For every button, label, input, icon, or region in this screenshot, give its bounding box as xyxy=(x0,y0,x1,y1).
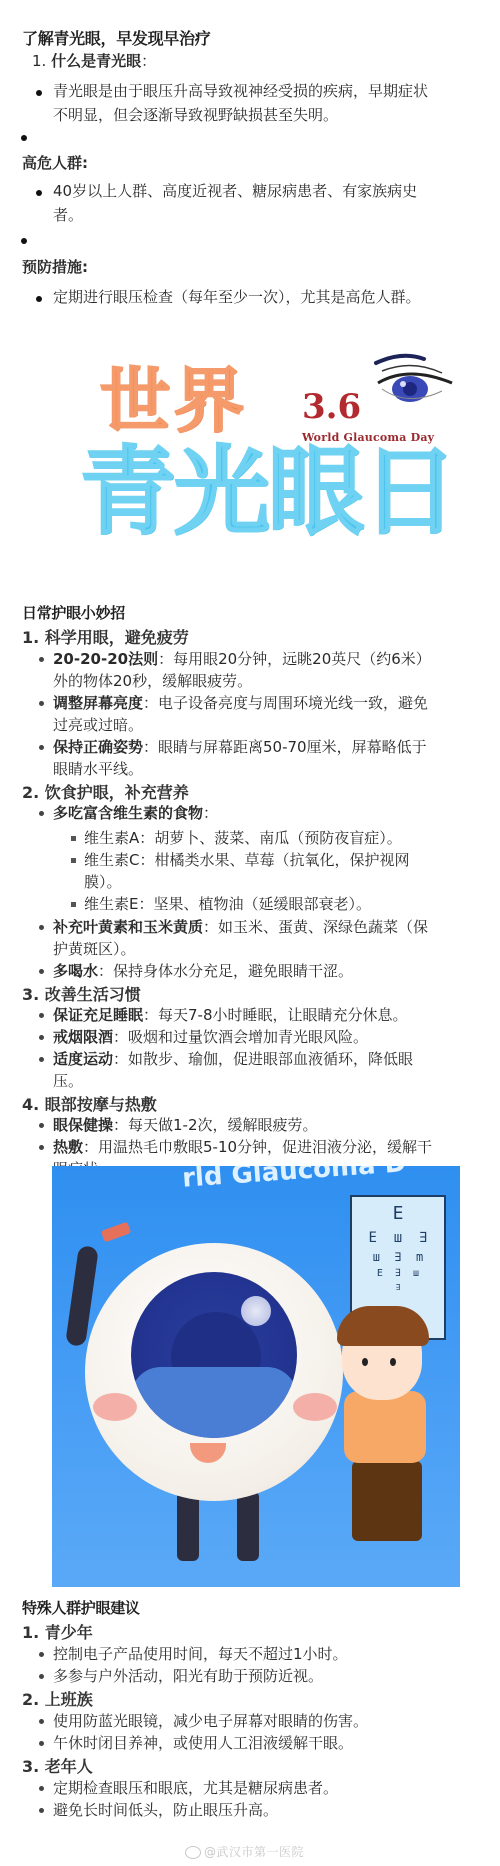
eye-drop-bottle-icon xyxy=(101,1222,131,1243)
intro-item-1: 1. 什么是青光眼： xyxy=(32,50,156,72)
section-4-heading: 4. 眼部按摩与热敷 xyxy=(22,1092,157,1115)
group-item: 使用防蓝光眼镜，减少电子屏幕对眼睛的伤害。 xyxy=(53,1710,368,1732)
square-bullet xyxy=(71,836,76,841)
tip-drink-water: 多喝水：保持身体水分充足，避免眼睛干涩。 xyxy=(53,960,353,982)
mascot-leg xyxy=(177,1491,199,1561)
group-1-heading: 1. 青少年 xyxy=(22,1620,93,1643)
bullet-dot xyxy=(39,701,44,706)
tip-screen-brightness: 调整屏幕亮度：电子设备亮度与周围环境光线一致，避免 xyxy=(53,692,428,714)
high-risk-heading: 高危人群: xyxy=(22,152,88,174)
bullet-dot xyxy=(39,1652,44,1657)
tip-posture: 保持正确姿势：眼睛与屏幕距离50-70厘米，屏幕略低于 xyxy=(53,736,427,758)
weibo-icon xyxy=(185,1846,201,1859)
banner-title-glaucoma-day: 青光眼日 xyxy=(80,437,456,547)
mascot-cheek xyxy=(93,1393,137,1421)
mascot-iris xyxy=(131,1272,297,1438)
mascot-iris-lower xyxy=(131,1367,297,1438)
tip-text: ：电子设备亮度与周围环境光线一致，避免 xyxy=(143,694,428,712)
section-heading-text: 科学用眼，避免疲劳 xyxy=(45,628,189,647)
empty-bullet-dot xyxy=(21,238,27,244)
item-colon: ： xyxy=(141,52,156,70)
tip-text: ：保持身体水分充足，避免眼睛干涩。 xyxy=(98,962,353,980)
daily-tips-title: 日常护眼小妙招 xyxy=(22,602,125,623)
section-number: 1. xyxy=(22,628,39,647)
vitamin-c-continuation: 膜）。 xyxy=(84,871,122,893)
special-groups-title: 特殊人群护眼建议 xyxy=(22,1597,140,1618)
tip-continuation: 压。 xyxy=(53,1070,83,1092)
tip-exercise: 适度运动：如散步、瑜伽，促进眼部血液循环，降低眼 xyxy=(53,1048,413,1070)
group-item: 多参与户外活动，阳光有助于预防近视。 xyxy=(53,1665,323,1687)
tip-label: 多喝水 xyxy=(53,962,98,980)
tip-text: ：如玉米、蛋黄、深绿色蔬菜（保 xyxy=(203,918,428,936)
banner-title-world: 世界 xyxy=(100,345,248,446)
group-item: 午休时闭目养神，或使用人工泪液缓解干眼。 xyxy=(53,1732,353,1754)
vitamin-a: 维生素A：胡萝卜、菠菜、南瓜（预防夜盲症）。 xyxy=(84,827,402,849)
bullet-dot xyxy=(36,190,42,196)
tip-sleep: 保证充足睡眠：每天7-8小时睡眠，让眼睛充分休息。 xyxy=(53,1004,408,1026)
section-3-heading: 3. 改善生活习惯 xyxy=(22,982,141,1005)
eyeball-mascot-illustration: rld Glaucoma D E E ш ∃ ш ∃ m E ∃ ш ∃ xyxy=(52,1166,460,1587)
tip-text: ：如散步、瑜伽，促进眼部血液循环，降低眼 xyxy=(113,1050,413,1068)
intro-title: 了解青光眼，早发现早治疗 xyxy=(22,26,210,49)
tip-label: 保证充足睡眠 xyxy=(53,1006,143,1024)
tip-label: 20-20-20法则 xyxy=(53,650,158,668)
watermark: @武汉市第一医院 xyxy=(185,1843,304,1860)
group-2-heading: 2. 上班族 xyxy=(22,1687,93,1710)
tip-text: ：用温热毛巾敷眼5-10分钟，促进泪液分泌，缓解干 xyxy=(83,1138,432,1156)
group-number: 2. xyxy=(22,1690,39,1709)
tip-lutein: 补充叶黄素和玉米黄质：如玉米、蛋黄、深绿色蔬菜（保 xyxy=(53,916,428,938)
tip-label: 补充叶黄素和玉米黄质 xyxy=(53,918,203,936)
section-heading-text: 饮食护眼，补充营养 xyxy=(45,783,189,802)
bullet-dot xyxy=(39,1719,44,1724)
group-3-heading: 3. 老年人 xyxy=(22,1754,93,1777)
bullet-dot xyxy=(39,1808,44,1813)
definition-line-1: 青光眼是由于眼压升高导致视神经受损的疾病，早期症状 xyxy=(53,80,428,102)
tip-label: 调整屏幕亮度 xyxy=(53,694,143,712)
tip-label: 戒烟限酒 xyxy=(53,1028,113,1046)
group-item: 控制电子产品使用时间，每天不超过1小时。 xyxy=(53,1643,348,1665)
bullet-dot xyxy=(39,745,44,750)
illustration-top-text: rld Glaucoma D xyxy=(181,1166,407,1194)
world-glaucoma-day-banner: 世界 3.6 World Glaucoma Day 青光眼日 xyxy=(80,345,470,560)
section-2-heading: 2. 饮食护眼，补充营养 xyxy=(22,780,189,803)
bullet-dot xyxy=(39,1035,44,1040)
group-heading-text: 老年人 xyxy=(45,1757,93,1776)
tip-hot-compress: 热敷：用温热毛巾敷眼5-10分钟，促进泪液分泌，缓解干 xyxy=(53,1136,432,1158)
bullet-dot xyxy=(39,1057,44,1062)
banner-date: 3.6 xyxy=(302,387,361,427)
tip-text: ：每天做1-2次，缓解眼疲劳。 xyxy=(113,1116,318,1134)
mascot-eye-glint xyxy=(241,1296,271,1326)
section-1-heading: 1. 科学用眼，避免疲劳 xyxy=(22,625,189,648)
bullet-dot xyxy=(39,1145,44,1150)
eye-chart-row: E xyxy=(352,1203,444,1224)
square-bullet xyxy=(71,858,76,863)
eye-chart-row: ш ∃ m xyxy=(352,1250,444,1264)
square-bullet xyxy=(71,902,76,907)
section-heading-text: 眼部按摩与热敷 xyxy=(45,1095,157,1114)
vitamin-c: 维生素C：柑橘类水果、草莓（抗氧化，保护视网 xyxy=(84,849,409,871)
mascot-mouth xyxy=(190,1443,226,1463)
definition-line-2: 不明显，但会逐渐导致视野缺损甚至失明。 xyxy=(53,104,338,126)
eye-icon xyxy=(372,349,462,409)
empty-bullet-dot xyxy=(21,135,27,141)
bullet-dot xyxy=(39,1674,44,1679)
eyeball-mascot xyxy=(85,1243,343,1501)
tip-20-20-20: 20-20-20法则：每用眼20分钟，远眺20英尺（约6米） xyxy=(53,648,431,670)
section-number: 4. xyxy=(22,1095,39,1114)
tip-label: 保持正确姿势 xyxy=(53,738,143,756)
eye-chart-row: E ш ∃ xyxy=(352,1230,444,1246)
tip-text: ：每用眼20分钟，远眺20英尺（约6米） xyxy=(158,650,431,668)
eye-chart-row: ∃ xyxy=(352,1283,444,1292)
bullet-dot xyxy=(36,296,42,302)
item-heading: 什么是青光眼 xyxy=(51,52,141,70)
tip-continuation: 眼睛水平线。 xyxy=(53,758,143,780)
mascot-leg xyxy=(237,1491,259,1561)
tip-text: ：眼睛与屏幕距离50-70厘米，屏幕略低于 xyxy=(143,738,427,756)
boy-shirt xyxy=(344,1391,426,1463)
section-number: 3. xyxy=(22,985,39,1004)
item-number: 1. xyxy=(32,52,46,70)
group-item: 定期检查眼压和眼底，尤其是糖尿病患者。 xyxy=(53,1777,338,1799)
tip-continuation: 过亮或过暗。 xyxy=(53,714,143,736)
tip-vitamin-foods: 多吃富含维生素的食物： xyxy=(53,802,218,824)
group-number: 3. xyxy=(22,1757,39,1776)
section-number: 2. xyxy=(22,783,39,802)
group-number: 1. xyxy=(22,1623,39,1642)
prevention-line-1: 定期进行眼压检查（每年至少一次），尤其是高危人群。 xyxy=(53,286,421,308)
tip-continuation: 外的物体20秒，缓解眼疲劳。 xyxy=(53,670,252,692)
tip-label: 适度运动 xyxy=(53,1050,113,1068)
tip-smoking-alcohol: 戒烟限酒：吸烟和过量饮酒会增加青光眼风险。 xyxy=(53,1026,368,1048)
boy-pants xyxy=(352,1461,422,1541)
tip-text: ： xyxy=(203,804,218,822)
bullet-dot xyxy=(39,811,44,816)
high-risk-line-2: 者。 xyxy=(53,204,83,226)
vitamin-e: 维生素E：坚果、植物油（延缓眼部衰老）。 xyxy=(84,893,371,915)
group-item: 避免长时间低头，防止眼压升高。 xyxy=(53,1799,278,1821)
bullet-dot xyxy=(39,657,44,662)
bullet-dot xyxy=(39,1786,44,1791)
bullet-dot xyxy=(36,90,42,96)
watermark-text: @武汉市第一医院 xyxy=(204,1845,304,1859)
section-heading-text: 改善生活习惯 xyxy=(45,985,141,1004)
bullet-dot xyxy=(39,1741,44,1746)
bullet-dot xyxy=(39,1123,44,1128)
eye-chart-row: E ∃ ш xyxy=(352,1268,444,1279)
bullet-dot xyxy=(39,1013,44,1018)
group-heading-text: 青少年 xyxy=(45,1623,93,1642)
prevention-heading: 预防措施: xyxy=(22,256,88,278)
tip-text: ：吸烟和过量饮酒会增加青光眼风险。 xyxy=(113,1028,368,1046)
bullet-dot xyxy=(39,925,44,930)
group-heading-text: 上班族 xyxy=(45,1690,93,1709)
boy-hair xyxy=(337,1306,429,1346)
bullet-dot xyxy=(39,969,44,974)
tip-label: 眼保健操 xyxy=(53,1116,113,1134)
tip-eye-exercise: 眼保健操：每天做1-2次，缓解眼疲劳。 xyxy=(53,1114,318,1136)
tip-text: ：每天7-8小时睡眠，让眼睛充分休息。 xyxy=(143,1006,408,1024)
mascot-cheek xyxy=(293,1393,337,1421)
tip-continuation: 护黄斑区）。 xyxy=(53,938,136,960)
tip-label: 热敷 xyxy=(53,1138,83,1156)
tip-label: 多吃富含维生素的食物 xyxy=(53,804,203,822)
high-risk-line-1: 40岁以上人群、高度近视者、糖尿病患者、有家族病史 xyxy=(53,180,417,202)
